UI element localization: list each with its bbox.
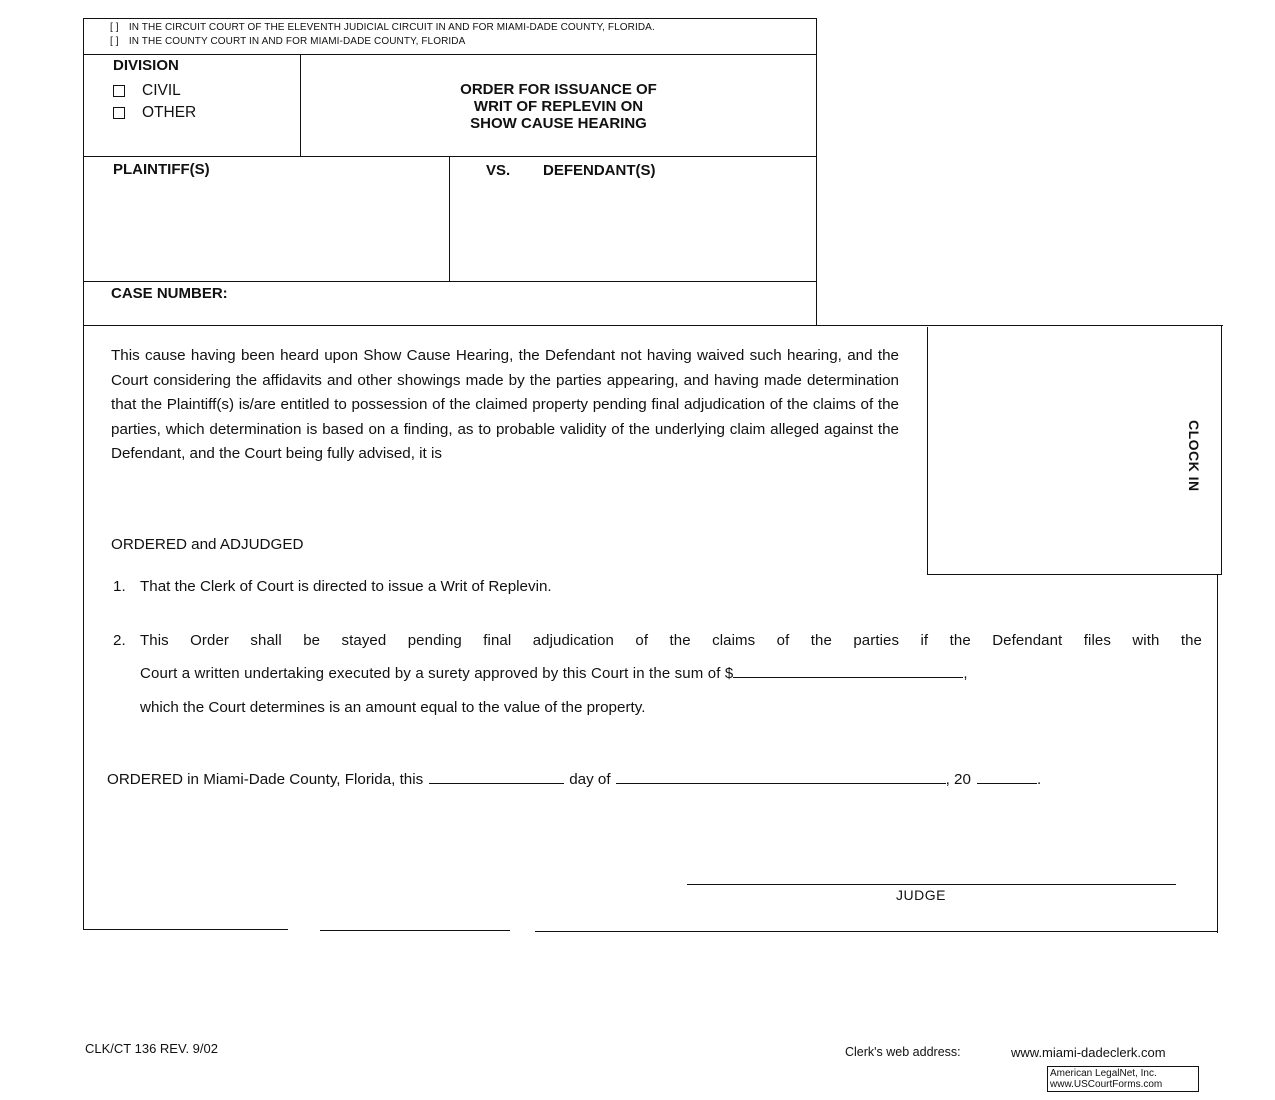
division-option-label: OTHER <box>142 104 196 122</box>
checkbox-icon[interactable]: [ ] <box>110 36 118 47</box>
item-1-number: 1. <box>113 578 126 595</box>
year-prefix: , 20 <box>946 771 971 788</box>
item-2-number: 2. <box>113 632 126 649</box>
clerk-web-url[interactable]: www.miami-dadeclerk.com <box>1011 1045 1166 1060</box>
title-line: ORDER FOR ISSUANCE OF <box>300 81 817 98</box>
court-option-label: IN THE CIRCUIT COURT OF THE ELEVENTH JUD… <box>129 22 655 33</box>
court-option-county[interactable]: [ ] IN THE COUNTY COURT IN AND FOR MIAMI… <box>110 36 465 47</box>
case-number-label: CASE NUMBER: <box>111 285 228 302</box>
vs-label: VS. <box>486 162 510 179</box>
plaintiff-label: PLAINTIFF(S) <box>113 161 210 178</box>
item-2-line-1: This Order shall be stayed pending final… <box>140 632 1202 649</box>
body-left-border <box>83 325 84 930</box>
division-option-label: CIVIL <box>142 82 181 100</box>
judge-signature-line[interactable] <box>687 884 1176 885</box>
legalnet-url[interactable]: www.USCourtForms.com <box>1050 1079 1196 1090</box>
division-option-civil[interactable]: CIVIL <box>113 82 181 100</box>
item-2-line-2: Court a written undertaking executed by … <box>140 665 1202 682</box>
item-2-line-2-end: , <box>963 665 967 682</box>
day-of-label: day of <box>569 771 610 788</box>
surety-amount-field[interactable] <box>733 665 963 678</box>
title-divider <box>83 156 817 157</box>
clock-in-box-left <box>927 327 928 574</box>
clock-in-box-bottom <box>927 574 1221 575</box>
title-line: SHOW CAUSE HEARING <box>300 115 817 132</box>
legalnet-badge: American LegalNet, Inc. www.USCourtForms… <box>1047 1066 1199 1092</box>
defendant-label: DEFENDANT(S) <box>543 162 656 179</box>
document-title: ORDER FOR ISSUANCE OF WRIT OF REPLEVIN O… <box>300 81 817 132</box>
body-right-border-lower <box>1217 575 1218 933</box>
legalnet-name: American LegalNet, Inc. <box>1050 1068 1196 1079</box>
court-option-label: IN THE COUNTY COURT IN AND FOR MIAMI-DAD… <box>129 36 465 47</box>
day-field[interactable] <box>429 771 564 784</box>
judge-label: JUDGE <box>896 887 946 903</box>
header-right-border <box>816 18 817 326</box>
case-number-field[interactable] <box>280 284 810 306</box>
plaintiff-field[interactable] <box>90 182 442 276</box>
clock-in-label: CLOCK IN <box>1186 420 1202 492</box>
title-line: WRIT OF REPLEVIN ON <box>300 98 817 115</box>
month-field[interactable] <box>616 771 946 784</box>
year-suffix: . <box>1037 771 1041 788</box>
year-field[interactable] <box>977 771 1037 784</box>
court-option-circuit[interactable]: [ ] IN THE CIRCUIT COURT OF THE ELEVENTH… <box>110 22 655 33</box>
ordered-adjudged-heading: ORDERED and ADJUDGED <box>111 536 303 553</box>
body-bottom-border-1 <box>83 929 288 930</box>
item-1-text: That the Clerk of Court is directed to i… <box>140 578 552 595</box>
item-2-line-3: which the Court determines is an amount … <box>140 699 645 716</box>
header-top-border <box>83 18 817 19</box>
parties-bottom-divider <box>83 281 817 282</box>
parties-divider <box>449 156 450 281</box>
form-number: CLK/CT 136 REV. 9/02 <box>85 1041 218 1056</box>
clerk-web-label: Clerk's web address: <box>845 1045 961 1059</box>
checkbox-icon[interactable]: [ ] <box>110 22 118 33</box>
body-bottom-border-2 <box>320 930 510 931</box>
ordered-prefix: ORDERED in Miami-Dade County, Florida, t… <box>107 771 423 788</box>
ordered-date-line: ORDERED in Miami-Dade County, Florida, t… <box>107 771 1041 788</box>
body-bottom-border-3 <box>535 931 1217 932</box>
division-label: DIVISION <box>113 57 179 74</box>
body-top-border <box>83 325 1223 326</box>
checkbox-icon[interactable] <box>113 85 125 97</box>
division-option-other[interactable]: OTHER <box>113 104 196 122</box>
court-divider <box>83 54 817 55</box>
checkbox-icon[interactable] <box>113 107 125 119</box>
findings-paragraph: This cause having been heard upon Show C… <box>111 344 899 467</box>
defendant-field[interactable] <box>456 182 810 276</box>
body-right-border <box>1221 325 1222 575</box>
header-left-border <box>83 18 84 326</box>
item-2-line-2-text: Court a written undertaking executed by … <box>140 665 733 682</box>
